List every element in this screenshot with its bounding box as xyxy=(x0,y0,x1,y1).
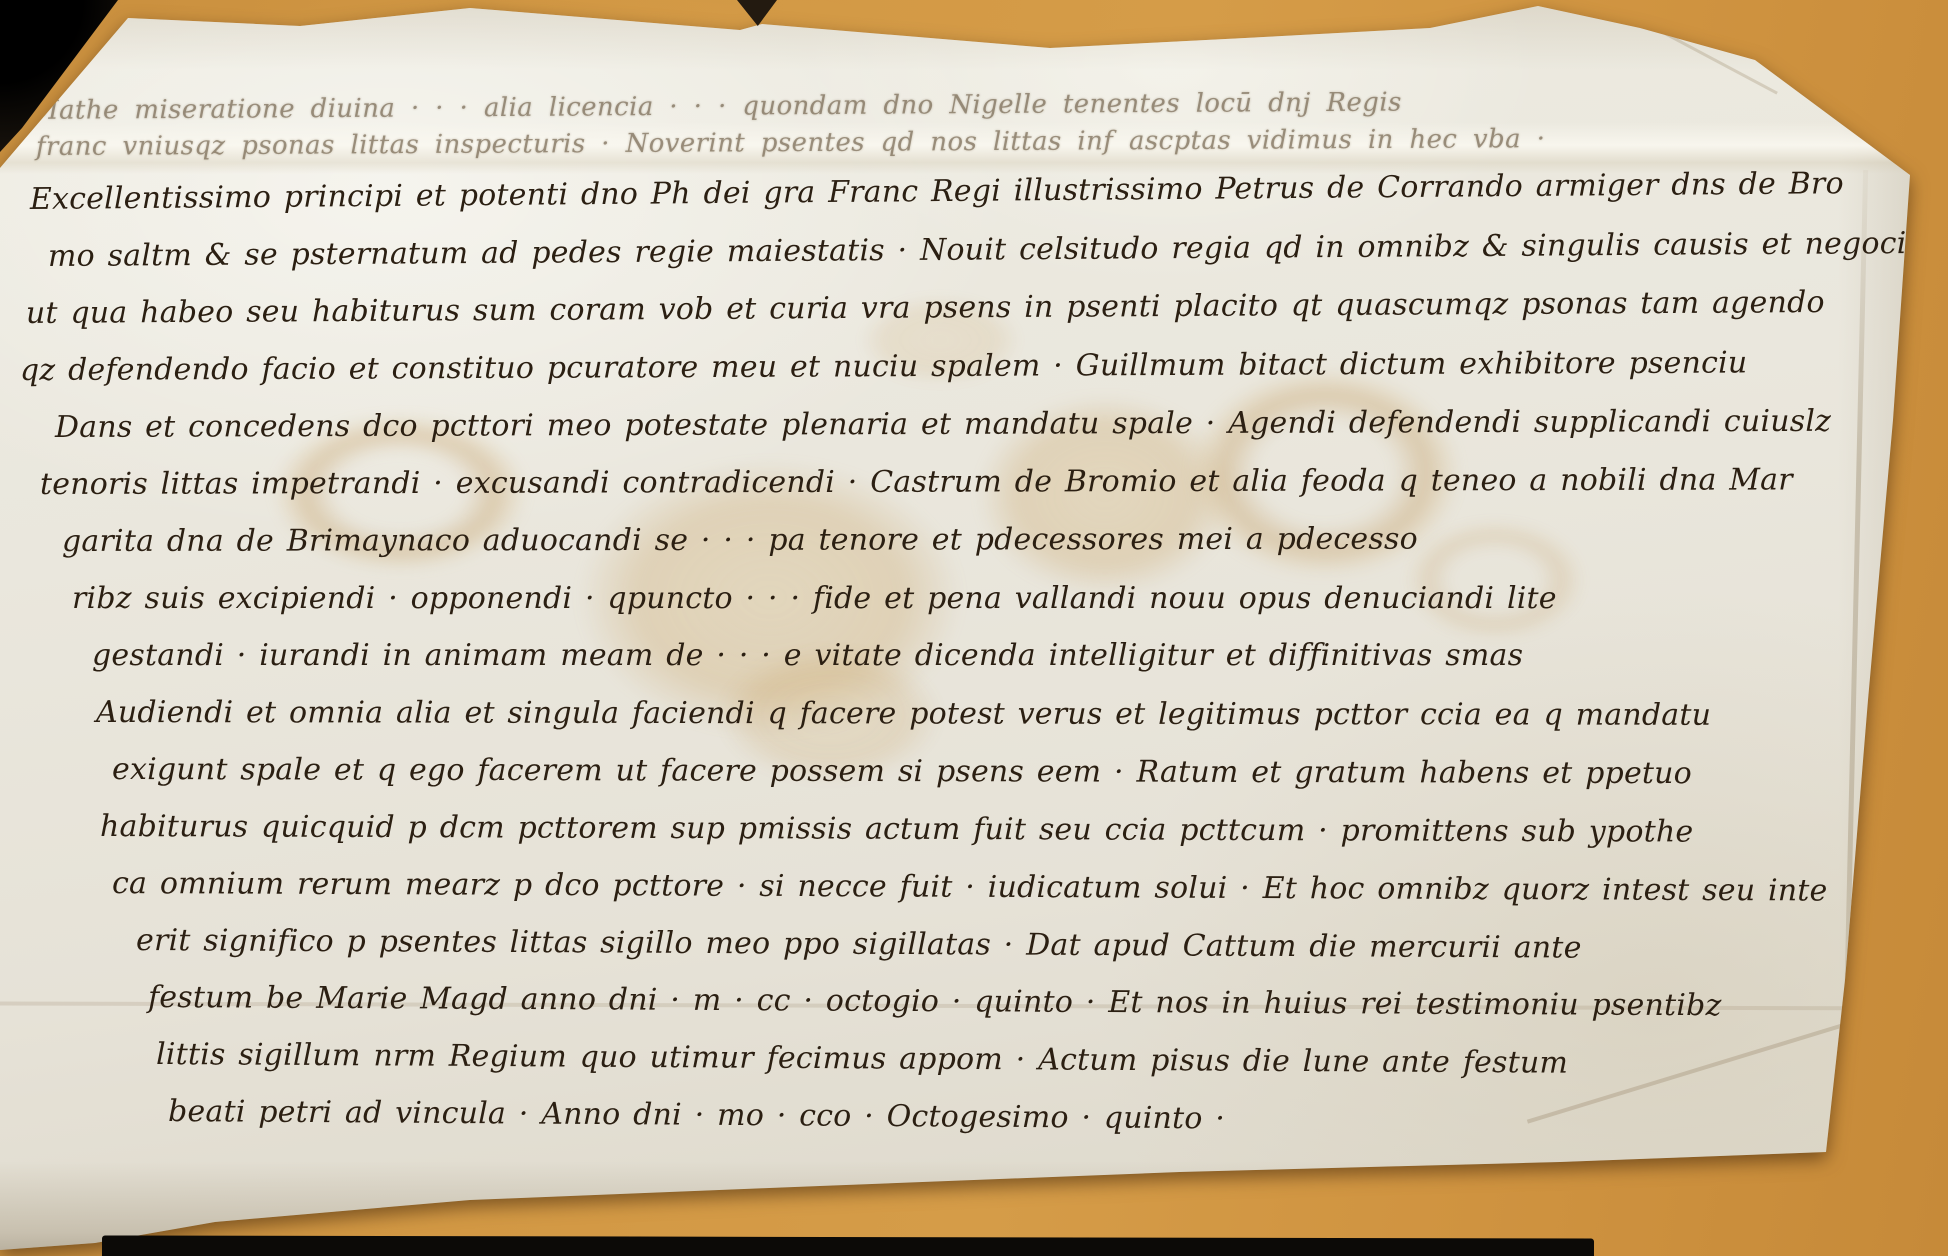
manuscript-text-line: Dans et concedens dco pcttori meo potest… xyxy=(55,403,1948,467)
parchment-wrapper: Mathe miseratione diuina · · · alia lice… xyxy=(0,0,1948,1256)
dark-bottom-strip xyxy=(102,1235,1594,1256)
manuscript-text-line: festum be Marie Magd anno dni · m · cc ·… xyxy=(148,980,1948,1046)
manuscript-text-line: tenoris littas impetrandi · excusandi co… xyxy=(40,462,1948,524)
manuscript-text-line: littis sigillum nrm Regium quo utimur fe… xyxy=(156,1037,1948,1105)
manuscript-text-line: garita dna de Brimaynaco aduocandi se · … xyxy=(62,521,1948,581)
charter-body-text: Excellentissimo principi et potenti dno … xyxy=(0,182,1948,1151)
manuscript-text-line: ribz suis excipiendi · opponendi · qpunc… xyxy=(72,581,1948,638)
manuscript-text-line: erit significo p psentes littas sigillo … xyxy=(136,923,1948,989)
vidimus-header-text: Mathe miseratione diuina · · · alia lice… xyxy=(0,90,1948,164)
manuscript-text-line: exigunt spale et q ego facerem ut facere… xyxy=(112,752,1948,814)
manuscript-text-line: ca omnium rerum mearz p dco pcttore · si… xyxy=(112,866,1948,931)
manuscript-text-line: ut qua habeo seu habiturus sum coram vob… xyxy=(26,284,1948,353)
manuscript-text-line: gestandi · iurandi in animam meam de · ·… xyxy=(92,638,1948,695)
manuscript-text-line: beati petri ad vincula · Anno dni · mo ·… xyxy=(168,1094,1948,1163)
parchment-sheet: Mathe miseratione diuina · · · alia lice… xyxy=(0,0,1948,1256)
parchment-top-shadow xyxy=(0,0,1948,70)
manuscript-text-line: Audiendi et omnia alia et singula facien… xyxy=(96,695,1948,755)
manuscript-photo: Mathe miseratione diuina · · · alia lice… xyxy=(0,0,1948,1256)
manuscript-text-line: qz defendendo facio et constituo pcurato… xyxy=(20,345,1948,410)
manuscript-text-line: habiturus quicquid p dcm pcttorem sup pm… xyxy=(100,809,1948,872)
